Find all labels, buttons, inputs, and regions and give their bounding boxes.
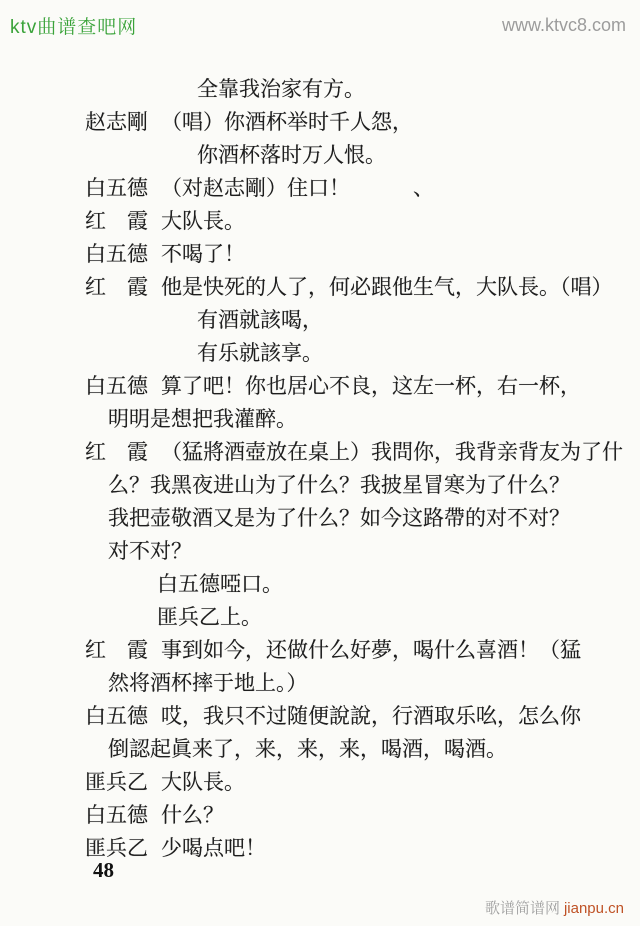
- script-line: 红 霞（猛將酒壺放在桌上）我問你，我背亲背友为了什: [0, 436, 640, 469]
- script-line: 红 霞事到如今，还做什么好夢，喝什么喜酒！（猛: [0, 634, 640, 667]
- speaker-name: 白五德: [85, 799, 161, 832]
- speaker-name: 红 霞: [85, 634, 161, 667]
- speaker-name: 白五德: [85, 172, 161, 205]
- script-line: 白五德不喝了！: [0, 238, 640, 271]
- script-line: 全靠我治家有方。: [0, 73, 640, 106]
- watermark-bottom-right: 歌谱简谱网jianpu.cn: [485, 897, 624, 918]
- line-text: （对赵志剛）住口！ 、: [161, 176, 434, 200]
- line-text: 有酒就該喝，: [197, 308, 323, 332]
- line-text: 他是快死的人了，何必跟他生气，大队長。（唱）: [161, 275, 613, 299]
- speaker-name: 白五德: [85, 370, 161, 403]
- script-line: 赵志剛（唱）你酒杯举时千人怨，: [0, 106, 640, 139]
- script-line: 然将酒杯摔于地上。）: [0, 667, 640, 700]
- speaker-name: 白五德: [85, 700, 161, 733]
- script-line: 红 霞大队長。: [0, 205, 640, 238]
- watermark-top-left: ktv曲谱查吧网: [10, 12, 137, 39]
- script-line: 匪兵乙大队長。: [0, 766, 640, 799]
- line-text: （唱）你酒杯举时千人怨，: [161, 110, 413, 134]
- line-text: 什么？: [161, 803, 224, 827]
- speaker-name: 匪兵乙: [85, 766, 161, 799]
- line-text: 然将酒杯摔于地上。）: [108, 671, 308, 695]
- page-number: 48: [93, 858, 114, 883]
- script-line: 白五德哎，我只不过随便說說，行酒取乐吆，怎么你: [0, 700, 640, 733]
- script-line: 么？我黑夜进山为了什么？我披星冒寒为了什么？: [0, 469, 640, 502]
- script-line: 有乐就該享。: [0, 337, 640, 370]
- script-line: 白五德啞口。: [0, 568, 640, 601]
- watermark-site-domain: jianpu.cn: [564, 900, 624, 917]
- line-text: 明明是想把我灌醉。: [108, 407, 297, 431]
- script-line: 你酒杯落时万人恨。: [0, 139, 640, 172]
- line-text: 我把壶敬酒又是为了什么？如今这路帶的对不对？: [108, 506, 570, 530]
- line-text: 白五德啞口。: [157, 572, 283, 596]
- watermark-top-right-url: www.ktvc8.com: [502, 15, 626, 36]
- line-text: 匪兵乙上。: [157, 605, 262, 629]
- scanned-script-page: { "watermarks": { "top_left": "ktv曲谱查吧网"…: [0, 0, 640, 926]
- speaker-name: 红 霞: [85, 436, 161, 469]
- script-line: 白五德算了吧！你也居心不良，这左一杯，右一杯，: [0, 370, 640, 403]
- script-line: 匪兵乙上。: [0, 601, 640, 634]
- line-text: 么？我黑夜进山为了什么？我披星冒寒为了什么？: [108, 473, 570, 497]
- script-line: 明明是想把我灌醉。: [0, 403, 640, 436]
- script-text-block: 全靠我治家有方。赵志剛（唱）你酒杯举时千人怨，你酒杯落时万人恨。白五德（对赵志剛…: [0, 73, 640, 865]
- speaker-name: 红 霞: [85, 205, 161, 238]
- line-text: 不喝了！: [161, 242, 245, 266]
- line-text: 算了吧！你也居心不良，这左一杯，右一杯，: [161, 374, 581, 398]
- line-text: 哎，我只不过随便說說，行酒取乐吆，怎么你: [161, 704, 581, 728]
- line-text: 大队長。: [161, 209, 245, 233]
- line-text: 你酒杯落时万人恨。: [197, 143, 386, 167]
- speaker-name: 赵志剛: [85, 106, 161, 139]
- watermark-site-name: 歌谱简谱网: [485, 900, 560, 917]
- script-line: 我把壶敬酒又是为了什么？如今这路帶的对不对？: [0, 502, 640, 535]
- script-line: 对不对？: [0, 535, 640, 568]
- script-line: 白五德（对赵志剛）住口！ 、: [0, 172, 640, 205]
- script-line: 倒認起眞来了，来，来，来，喝酒，喝酒。: [0, 733, 640, 766]
- speaker-name: 白五德: [85, 238, 161, 271]
- line-text: 大队長。: [161, 770, 245, 794]
- line-text: （猛將酒壺放在桌上）我問你，我背亲背友为了什: [161, 440, 623, 464]
- line-text: 全靠我治家有方。: [197, 77, 365, 101]
- script-line: 有酒就該喝，: [0, 304, 640, 337]
- line-text: 有乐就該享。: [197, 341, 323, 365]
- script-line: 白五德什么？: [0, 799, 640, 832]
- line-text: 倒認起眞来了，来，来，来，喝酒，喝酒。: [108, 737, 507, 761]
- line-text: 对不对？: [108, 539, 192, 563]
- speaker-name: 红 霞: [85, 271, 161, 304]
- line-text: 事到如今，还做什么好夢，喝什么喜酒！（猛: [161, 638, 581, 662]
- line-text: 少喝点吧！: [161, 836, 266, 860]
- script-line: 红 霞他是快死的人了，何必跟他生气，大队長。（唱）: [0, 271, 640, 304]
